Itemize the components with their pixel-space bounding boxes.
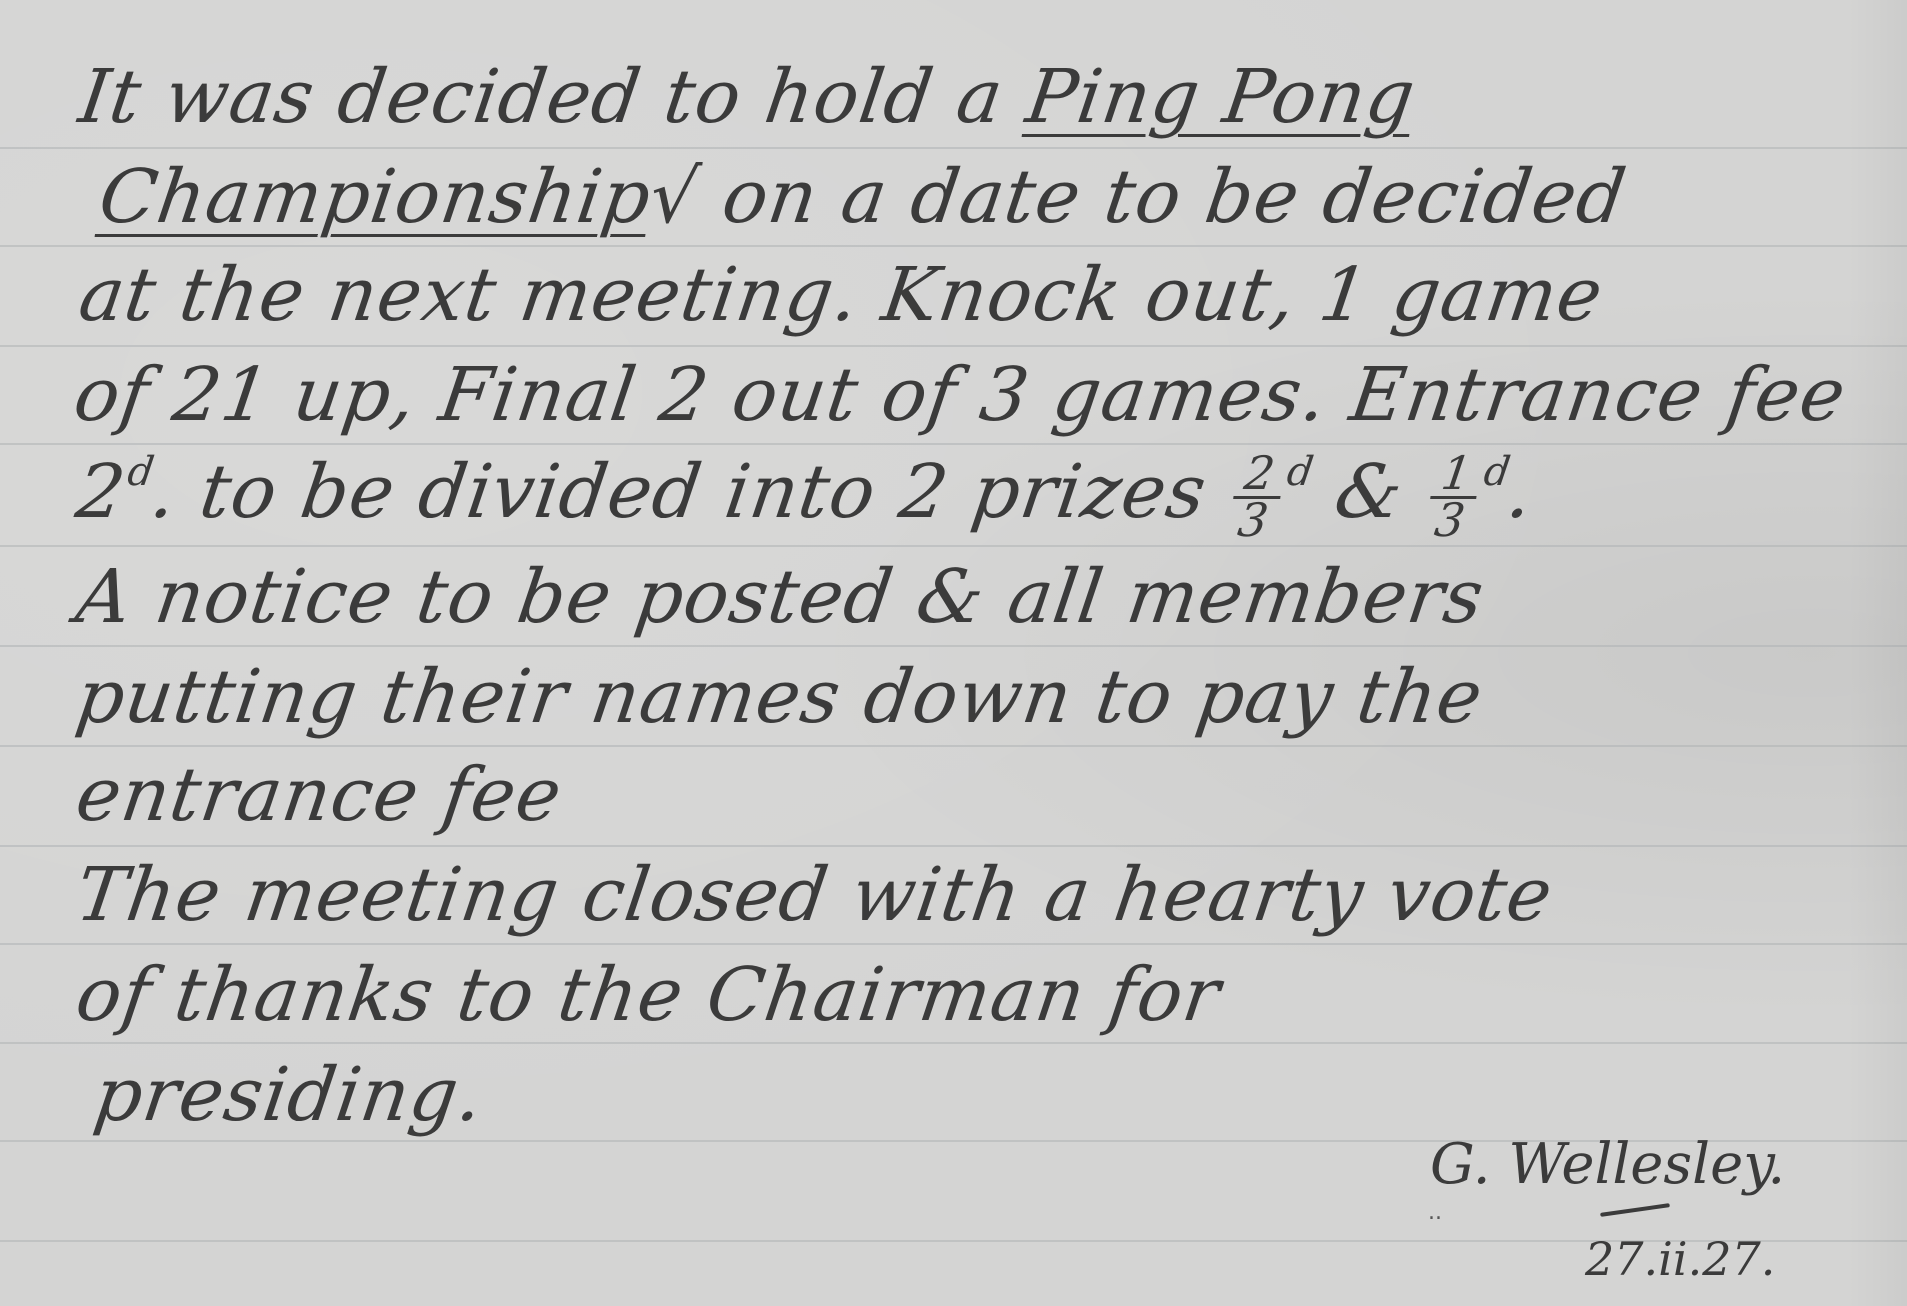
line-5-text: . to be divided into 2 prizes [146,449,1237,535]
ruled-line [0,745,1907,747]
ping-pong-underlined: Ping Pong [1021,54,1420,140]
line-11-text: presiding. [89,1052,489,1138]
chairman-signature: G. Wellesley. [1430,1132,1785,1197]
ruled-line [0,443,1907,445]
page-edge-shadow [1847,0,1907,1306]
minutes-line-4: of 21 up, Final 2 out of 3 games. Entran… [70,358,1851,432]
ruled-line [0,345,1907,347]
line-10-text: of thanks to the Chairman for [71,952,1226,1038]
ruled-line [0,245,1907,247]
fraction-numerator: 1 [1430,452,1483,499]
minutes-page: It was decided to hold a Ping Pong Champ… [0,0,1907,1306]
minutes-line-7: putting their names down to pay the [72,660,1487,734]
ruled-line [0,943,1907,945]
minutes-line-6: A notice to be posted & all members [72,560,1489,634]
ruled-line [0,545,1907,547]
minutes-line-3: at the next meeting. Knock out, 1 game [75,258,1608,332]
line-3-text: at the next meeting. Knock out, 1 game [74,252,1608,338]
minutes-line-5: 2d. to be divided into 2 prizes 23d & 13… [70,452,1538,543]
prize-fraction-2: 13 [1424,452,1483,542]
minutes-line-2: Championship√ on a date to be decided [95,160,1631,234]
line-7-text: putting their names down to pay the [71,654,1488,740]
minutes-line-10: of thanks to the Chairman for [72,958,1225,1032]
fee-amount: 2 [71,449,131,535]
line-2-text: √ on a date to be decided [645,154,1632,240]
championship-underlined: Championship [94,154,657,240]
ampersand: & [1305,449,1433,535]
ruled-line [0,845,1907,847]
line-8-text: entrance fee [71,752,567,838]
minutes-line-8: entrance fee [72,758,566,832]
ruled-line [0,147,1907,149]
minutes-line-1: It was decided to hold a Ping Pong [75,60,1420,134]
fraction-denominator: 3 [1424,499,1476,543]
signature-flourish [1600,1203,1670,1217]
fraction-denominator: 3 [1227,499,1279,543]
ruled-line [0,645,1907,647]
fraction-numerator: 2 [1233,452,1286,499]
signature-date: 27.ii.27. [1585,1232,1775,1286]
minutes-line-11: presiding. [90,1058,488,1132]
prize-fraction-1: 23 [1227,452,1286,542]
line-4-text: of 21 up, Final 2 out of 3 games. Entran… [69,352,1851,438]
signature-dots: .. [1428,1200,1442,1225]
minutes-line-9: The meeting closed with a hearty vote [72,858,1557,932]
line-9-text: The meeting closed with a hearty vote [71,852,1558,938]
line-1-text: It was decided to hold a [74,54,1033,140]
line-6-text: A notice to be posted & all members [71,554,1489,640]
ruled-line [0,1042,1907,1044]
